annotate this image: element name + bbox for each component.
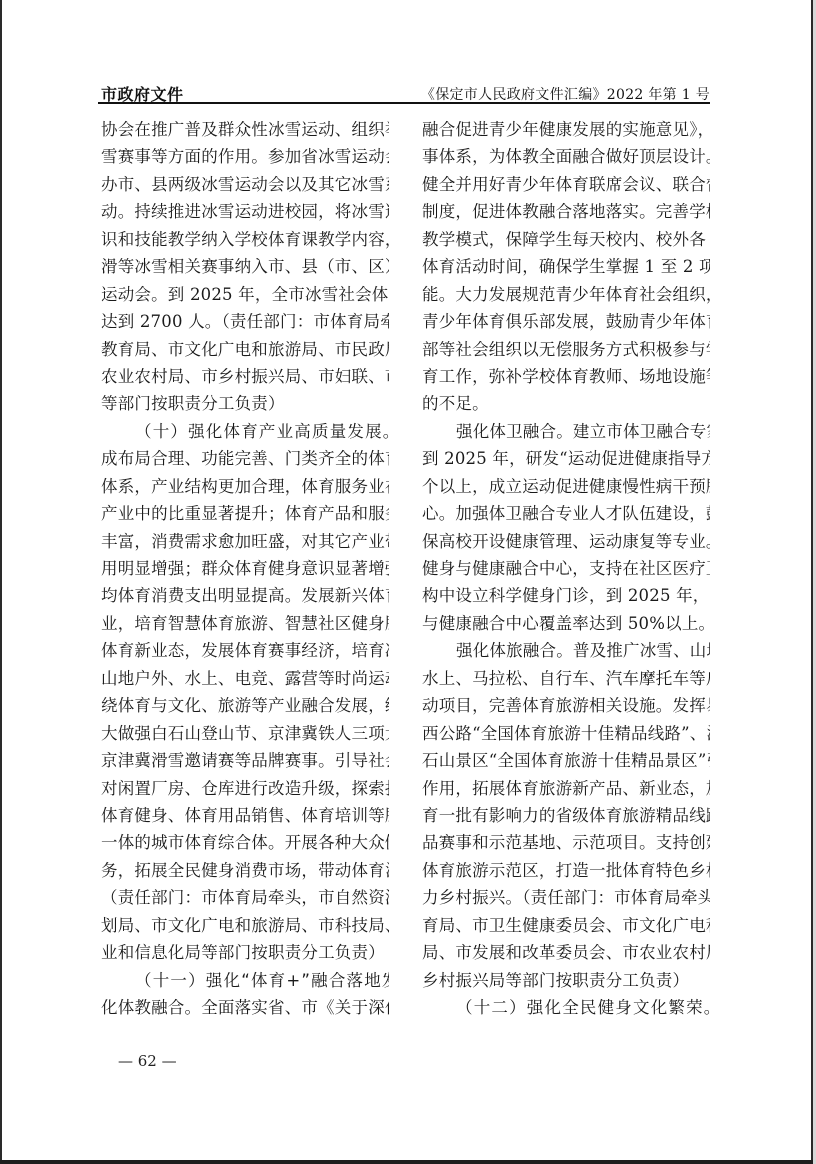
text-line: 心。加强体卫融合专业人才队伍建设，鼓励驻 bbox=[422, 500, 710, 527]
text-line: 西公路“全国体育旅游十佳精品线路”、涞源白 bbox=[422, 720, 710, 747]
text-line: 体系，产业结构更加合理，体育服务业在体育 bbox=[101, 473, 389, 500]
text-line: （责任部门：市体育局牵头，市自然资源和规 bbox=[101, 884, 389, 911]
text-line: 达到 2700 人。（责任部门：市体育局牵头，市 bbox=[101, 308, 389, 335]
text-line: 与健康融合中心覆盖率达到 50%以上。 bbox=[422, 610, 710, 637]
text-line: 体育健身、体育用品销售、体育培训等服务于 bbox=[101, 802, 389, 829]
text-line: 体育新业态，发展体育赛事经济，培育冰雪、 bbox=[101, 637, 389, 664]
text-line: 雪赛事等方面的作用。参加省冰雪运动会、举 bbox=[101, 143, 389, 170]
text-line: 划局、市文化广电和旅游局、市科技局、市工 bbox=[101, 912, 389, 939]
text-line: 产业中的比重显著提升；体育产品和服务更加 bbox=[101, 500, 389, 527]
text-line: 京津冀滑雪邀请赛等品牌赛事。引导社会力量 bbox=[101, 747, 389, 774]
text-line: 等部门按职责分工负责） bbox=[101, 390, 389, 417]
page-number: — 62 — bbox=[118, 1052, 177, 1070]
text-line: 动。持续推进冰雪运动进校园，将冰雪运动知 bbox=[101, 198, 389, 225]
text-line: 健身与健康融合中心，支持在社区医疗卫生机 bbox=[422, 555, 710, 582]
left-column: 协会在推广普及群众性冰雪运动、组织举办冰雪赛事等方面的作用。参加省冰雪运动会、举… bbox=[101, 116, 389, 1021]
text-line: 运动会。到 2025 年，全市冰雪社会体育指导员 bbox=[101, 281, 389, 308]
section-heading-line: （十）强化体育产业高质量发展。努力建 bbox=[101, 418, 389, 445]
text-line: 体育活动时间，确保学生掌握 1 至 2 项运动技 bbox=[422, 253, 710, 280]
text-line: 教学模式，保障学生每天校内、校外各 1 小时 bbox=[422, 226, 710, 253]
text-line: 识和技能教学纳入学校体育课教学内容，将轮 bbox=[101, 226, 389, 253]
text-line: 化体教融合。全面落实省、市《关于深化体教 bbox=[101, 994, 389, 1021]
scan-edge-bottom bbox=[0, 1160, 813, 1164]
header-rule bbox=[98, 102, 710, 104]
section-heading-line: （十一）强化“体育+”融合落地发展。强 bbox=[101, 967, 389, 994]
text-line: 构中设立科学健身门诊，到 2025 年，县级健身 bbox=[422, 582, 710, 609]
text-line: 育一批有影响力的省级体育旅游精品线路、精 bbox=[422, 802, 710, 829]
text-line: 业和信息化局等部门按职责分工负责） bbox=[101, 939, 389, 966]
text-line: 用明显增强；群众体育健身意识显著增强，人 bbox=[101, 555, 389, 582]
text-line: 强化体旅融合。普及推广冰雪、山地户外、 bbox=[422, 637, 710, 664]
text-line: 制度，促进体教融合落地落实。完善学校体育 bbox=[422, 198, 710, 225]
text-line: 协会在推广普及群众性冰雪运动、组织举办冰 bbox=[101, 116, 389, 143]
text-line: 业，培育智慧体育旅游、智慧社区健身服务等 bbox=[101, 610, 389, 637]
scan-edge-left bbox=[0, 0, 2, 1164]
text-line: 一体的城市体育综合体。开展各种大众健身服 bbox=[101, 829, 389, 856]
text-line: 的不足。 bbox=[422, 390, 710, 417]
text-line: 农业农村局、市乡村振兴局、市妇联、市残联 bbox=[101, 363, 389, 390]
text-line: 保高校开设健康管理、运动康复等专业。用好 bbox=[422, 528, 710, 555]
section-heading: （十）强化体育产业高质量发展。 bbox=[135, 422, 389, 441]
text-line: 绕体育与文化、旅游等产业融合发展，继续做 bbox=[101, 692, 389, 719]
text-line: 育局、市卫生健康委员会、市文化广电和旅游 bbox=[422, 912, 710, 939]
running-header-publication: 《保定市人民政府文件汇编》2022 年第 1 号 bbox=[421, 84, 710, 104]
text-line: 对闲置厂房、仓库进行改造升级，探索打造集 bbox=[101, 775, 389, 802]
text-line: 均体育消费支出明显提高。发展新兴体育服务 bbox=[101, 582, 389, 609]
text-line: 教育局、市文化广电和旅游局、市民政局、市 bbox=[101, 336, 389, 363]
section-heading-line: （十二）强化全民健身文化繁荣。打造 2 bbox=[422, 994, 710, 1021]
text-line: 办市、县两级冰雪运动会以及其它冰雪系列活 bbox=[101, 171, 389, 198]
section-heading: （十一）强化“体育+”融合落地发展。 bbox=[135, 971, 389, 990]
text-line: 品赛事和示范基地、示范项目。支持创建国家 bbox=[422, 829, 710, 856]
text-line: 石山景区“全国体育旅游十佳精品景区”引领 bbox=[422, 747, 710, 774]
text-line: 健全并用好青少年体育联席会议、联合督导等 bbox=[422, 171, 710, 198]
text-line: 力乡村振兴。（责任部门：市体育局牵头，市教 bbox=[422, 884, 710, 911]
text-line: 乡村振兴局等部门按职责分工负责） bbox=[422, 967, 710, 994]
text-line: 能。大力发展规范青少年体育社会组织，支持 bbox=[422, 281, 710, 308]
right-column: 融合促进青少年健康发展的实施意见》，统一赛事体系，为体教全面融合做好顶层设计。建… bbox=[422, 116, 710, 1021]
text-line: 融合促进青少年健康发展的实施意见》，统一赛 bbox=[422, 116, 710, 143]
text-line: 动项目，完善体育旅游相关设施。发挥易县龙 bbox=[422, 692, 710, 719]
text-line: 局、市发展和改革委员会、市农业农村局、市 bbox=[422, 939, 710, 966]
text-line: 丰富，消费需求愈加旺盛，对其它产业带动作 bbox=[101, 528, 389, 555]
text-line: 到 2025 年，研发“运动促进健康指导方案”2 bbox=[422, 445, 710, 472]
text-line: 青少年体育俱乐部发展，鼓励青少年体育俱乐 bbox=[422, 308, 710, 335]
text-line: 务，拓展全民健身消费市场，带动体育消费。 bbox=[101, 857, 389, 884]
text-line: 作用，拓展体育旅游新产品、新业态，加快培 bbox=[422, 775, 710, 802]
text-line: 部等社会组织以无偿服务方式积极参与学校体 bbox=[422, 336, 710, 363]
text-line: 大做强白石山登山节、京津冀铁人三项大赛、 bbox=[101, 720, 389, 747]
text-line: 育工作，弥补学校体育教师、场地设施等资源 bbox=[422, 363, 710, 390]
text-line: 强化体卫融合。建立市体卫融合专家库， bbox=[422, 418, 710, 445]
text-line: 水上、马拉松、自行车、汽车摩托车等户外运 bbox=[422, 665, 710, 692]
section-heading: （十二）强化全民健身文化繁荣。 bbox=[456, 998, 710, 1017]
text-line: 山地户外、水上、电竞、露营等时尚运动。围 bbox=[101, 665, 389, 692]
text-line: 事体系，为体教全面融合做好顶层设计。建立 bbox=[422, 143, 710, 170]
text-line: 滑等冰雪相关赛事纳入市、县（市、区）学生 bbox=[101, 253, 389, 280]
text-line: 体育旅游示范区，打造一批体育特色乡村，助 bbox=[422, 857, 710, 884]
text-line: 成布局合理、功能完善、门类齐全的体育产业 bbox=[101, 445, 389, 472]
text-line: 个以上，成立运动促进健康慢性病干预服务中 bbox=[422, 473, 710, 500]
